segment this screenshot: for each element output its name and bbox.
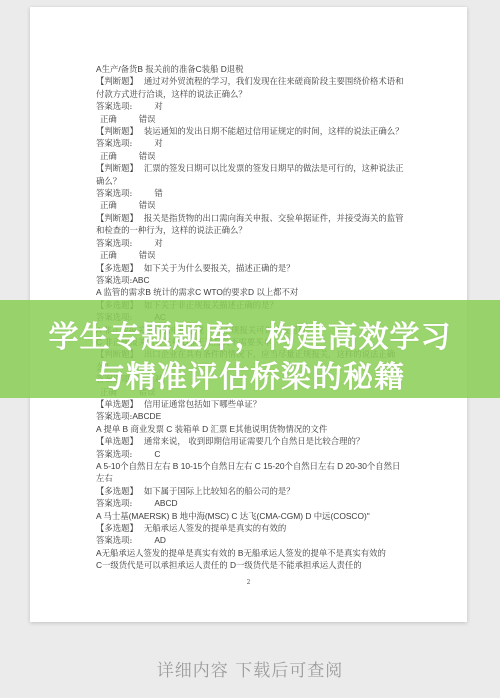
question: 【判断题】汇票的签发日期可以比发票的签发日期早的做法是可行的，这种说法正确么？ — [96, 162, 408, 187]
answer-value: 对 — [154, 101, 162, 111]
true-false-choices: 正确错误 — [96, 150, 408, 162]
question-type-tag: 【单选题】 — [96, 436, 138, 446]
answer-row: 答案选项:ABCD — [96, 497, 408, 509]
question-text: 通常来说， 收到即期信用证需要几个自然日是比较合理的？ — [144, 436, 364, 446]
question: 【判断题】装运通知的发出日期不能超过信用证规定的时间，这样的说法正确么？ — [96, 125, 408, 137]
answer-value: 对 — [154, 138, 162, 148]
question-type-tag: 【判断题】 — [96, 76, 138, 86]
answer-row: 答案选项:ABC — [96, 274, 408, 286]
answer-value: ABCDE — [132, 411, 161, 421]
question-type-tag: 【判断题】 — [96, 163, 138, 173]
question: 【判断题】通过对外贸流程的学习，我们发现在往来磋商阶段主要围绕价格术语和付款方式… — [96, 75, 408, 100]
option-list: A 马士基(MAERSK) B 地中海(MSC) C 达飞(CMA-CGM) D… — [96, 510, 408, 522]
true-false-choices: 正确错误 — [96, 249, 408, 261]
question-text: 报关是指货物的出口需向海关申报、交验单据证件，并接受海关的监管和检查的一种行为，… — [96, 213, 404, 235]
choice-false: 错误 — [139, 250, 156, 260]
option-list: A无船承运人签发的提单是真实有效的 B无船承运人签发的提单不是真实有效的 — [96, 547, 408, 559]
answer-label: 答案选项: — [96, 498, 132, 508]
choice-true: 正确 — [100, 151, 117, 161]
answer-label: 答案选项: — [96, 188, 132, 198]
option-list: A生产/备货B 报关前的准备C装船 D退税 — [96, 63, 408, 75]
answer-value: ABC — [132, 275, 149, 285]
answer-label: 答案选项: — [96, 275, 132, 285]
question-type-tag: 【多选题】 — [96, 486, 138, 496]
question-text: 信用证通常包括如下哪些单证？ — [144, 399, 261, 409]
answer-row: 答案选项:对 — [96, 137, 408, 149]
choice-false: 错误 — [139, 151, 156, 161]
choice-false: 错误 — [139, 114, 156, 124]
banner-title-line1: 学生专题题库，构建高效学习 — [0, 312, 500, 356]
question: 【单选题】通常来说， 收到即期信用证需要几个自然日是比较合理的？ — [96, 435, 408, 447]
true-false-choices: 正确错误 — [96, 113, 408, 125]
answer-row: 答案选项:C — [96, 448, 408, 460]
question-type-tag: 【多选题】 — [96, 263, 138, 273]
question: 【多选题】如下属于国际上比较知名的船公司的是？ — [96, 485, 408, 497]
question-text: 如下关于为什么要报关，描述正确的是？ — [144, 263, 295, 273]
question-type-tag: 【多选题】 — [96, 523, 138, 533]
answer-row: 答案选项:ABCDE — [96, 410, 408, 422]
title-banner: 学生专题题库，构建高效学习 与精准评估桥梁的秘籍 — [0, 300, 500, 398]
answer-row: 答案选项:对 — [96, 100, 408, 112]
answer-row: 答案选项:对 — [96, 237, 408, 249]
question-text: 装运通知的发出日期不能超过信用证规定的时间，这样的说法正确么？ — [144, 126, 404, 136]
question-text: 如下属于国际上比较知名的船公司的是？ — [144, 486, 295, 496]
choice-true: 正确 — [100, 200, 117, 210]
answer-label: 答案选项: — [96, 411, 132, 421]
choice-true: 正确 — [100, 114, 117, 124]
answer-value: 错 — [154, 188, 162, 198]
option-list: A 监管的需求B 统计的需求C WTO的要求D 以上都不对 — [96, 286, 408, 298]
answer-value: 对 — [154, 238, 162, 248]
answer-row: 答案选项:错 — [96, 187, 408, 199]
question-text: 无船承运人签发的提单是真实的有效的 — [144, 523, 286, 533]
answer-label: 答案选项: — [96, 101, 132, 111]
question-type-tag: 【单选题】 — [96, 399, 138, 409]
answer-label: 答案选项: — [96, 535, 132, 545]
answer-label: 答案选项: — [96, 138, 132, 148]
option-list: A 提单 B 商业发票 C 装箱单 D 汇票 E其他说明货物情况的文件 — [96, 423, 408, 435]
question: 【多选题】无船承运人签发的提单是真实的有效的 — [96, 522, 408, 534]
download-to-view-button[interactable]: 详细内容 下载后可查阅 — [0, 656, 500, 681]
answer-label: 答案选项: — [96, 449, 132, 459]
question-type-tag: 【判断题】 — [96, 213, 138, 223]
question: 【单选题】信用证通常包括如下哪些单证？ — [96, 398, 408, 410]
choice-false: 错误 — [139, 200, 156, 210]
question: 【判断题】报关是指货物的出口需向海关申报、交验单据证件，并接受海关的监管和检查的… — [96, 212, 408, 237]
answer-row: 答案选项:AD — [96, 534, 408, 546]
option-list: A 5-10个自然日左右 B 10-15个自然日左右 C 15-20个自然日左右… — [96, 460, 408, 485]
true-false-choices: 正确错误 — [96, 199, 408, 211]
answer-value: ABCD — [154, 498, 177, 508]
question-text: 通过对外贸流程的学习，我们发现在往来磋商阶段主要围绕价格术语和付款方式进行洽谈，… — [96, 76, 404, 98]
banner-title-line2: 与精准评估桥梁的秘籍 — [0, 352, 500, 396]
question: 【多选题】如下关于为什么要报关，描述正确的是？ — [96, 262, 408, 274]
answer-value: AD — [154, 535, 166, 545]
choice-true: 正确 — [100, 250, 117, 260]
question-text: 汇票的签发日期可以比发票的签发日期早的做法是可行的，这种说法正确么？ — [96, 163, 404, 185]
question-type-tag: 【判断题】 — [96, 126, 138, 136]
answer-label: 答案选项: — [96, 238, 132, 248]
answer-value: C — [154, 449, 160, 459]
page-number: 2 — [30, 579, 467, 586]
option-list: C一级货代是可以承担承运人责任的 D一级货代是不能承担承运人责任的 — [96, 559, 408, 571]
